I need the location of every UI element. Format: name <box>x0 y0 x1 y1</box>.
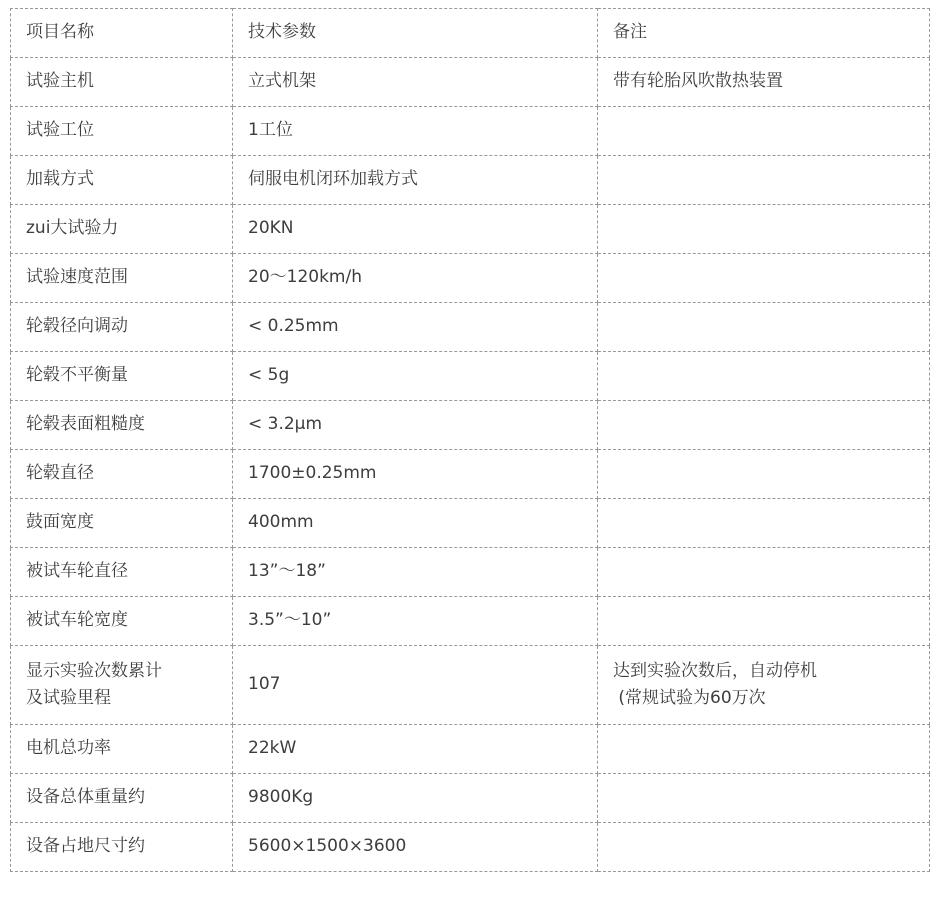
remark-cell <box>598 823 930 872</box>
item-name-cell: 试验速度范围 <box>11 254 233 303</box>
remark-cell <box>598 205 930 254</box>
tech-param-cell: 立式机架 <box>233 58 598 107</box>
item-name-cell: 设备占地尺寸约 <box>11 823 233 872</box>
remark-cell <box>598 303 930 352</box>
tech-param-cell: 20～120km/h <box>233 254 598 303</box>
item-name-cell: 鼓面宽度 <box>11 499 233 548</box>
table-row: 轮毂表面粗糙度< 3.2μm <box>11 401 930 450</box>
item-name-cell: 轮毂表面粗糙度 <box>11 401 233 450</box>
table-row: 加载方式伺服电机闭环加载方式 <box>11 156 930 205</box>
table-row: 被试车轮直径13”～18” <box>11 548 930 597</box>
tech-param-cell: 1700±0.25mm <box>233 450 598 499</box>
remark-cell <box>598 499 930 548</box>
tech-param-cell: 20KN <box>233 205 598 254</box>
tech-param-cell: 9800Kg <box>233 774 598 823</box>
table-row: 试验主机立式机架带有轮胎风吹散热装置 <box>11 58 930 107</box>
table-row: zui大试验力20KN <box>11 205 930 254</box>
table-row: 被试车轮宽度3.5”～10” <box>11 597 930 646</box>
spec-table: 项目名称 技术参数 备注 试验主机立式机架带有轮胎风吹散热装置试验工位1工位加载… <box>10 8 930 872</box>
table-row: 显示实验次数累计 及试验里程107达到实验次数后，自动停机 (常规试验为60万次 <box>11 646 930 725</box>
table-row: 设备总体重量约9800Kg <box>11 774 930 823</box>
remark-cell <box>598 450 930 499</box>
item-name-cell: 试验工位 <box>11 107 233 156</box>
remark-cell <box>598 254 930 303</box>
tech-param-cell: 13”～18” <box>233 548 598 597</box>
tech-param-cell: 5600×1500×3600 <box>233 823 598 872</box>
remark-cell <box>598 597 930 646</box>
remark-cell: 达到实验次数后，自动停机 (常规试验为60万次 <box>598 646 930 725</box>
item-name-cell: 被试车轮宽度 <box>11 597 233 646</box>
remark-cell <box>598 548 930 597</box>
header-row: 项目名称 技术参数 备注 <box>11 9 930 58</box>
item-name-cell: 轮毂直径 <box>11 450 233 499</box>
tech-param-cell: < 5g <box>233 352 598 401</box>
col-header-tech-param: 技术参数 <box>233 9 598 58</box>
tech-param-cell: 1工位 <box>233 107 598 156</box>
tech-param-cell: 3.5”～10” <box>233 597 598 646</box>
col-header-remark: 备注 <box>598 9 930 58</box>
table-row: 电机总功率22kW <box>11 725 930 774</box>
item-name-cell: 设备总体重量约 <box>11 774 233 823</box>
item-name-cell: 加载方式 <box>11 156 233 205</box>
remark-cell <box>598 401 930 450</box>
remark-cell <box>598 156 930 205</box>
item-name-cell: 被试车轮直径 <box>11 548 233 597</box>
table-row: 轮毂不平衡量< 5g <box>11 352 930 401</box>
item-name-cell: zui大试验力 <box>11 205 233 254</box>
item-name-cell: 轮毂径向调动 <box>11 303 233 352</box>
tech-param-cell: 伺服电机闭环加载方式 <box>233 156 598 205</box>
page: 项目名称 技术参数 备注 试验主机立式机架带有轮胎风吹散热装置试验工位1工位加载… <box>0 0 937 897</box>
table-row: 设备占地尺寸约5600×1500×3600 <box>11 823 930 872</box>
item-name-cell: 试验主机 <box>11 58 233 107</box>
tech-param-cell: < 3.2μm <box>233 401 598 450</box>
table-row: 轮毂径向调动< 0.25mm <box>11 303 930 352</box>
tech-param-cell: 400mm <box>233 499 598 548</box>
table-row: 试验速度范围20～120km/h <box>11 254 930 303</box>
col-header-item-name: 项目名称 <box>11 9 233 58</box>
item-name-cell: 轮毂不平衡量 <box>11 352 233 401</box>
table-row: 轮毂直径1700±0.25mm <box>11 450 930 499</box>
remark-cell <box>598 107 930 156</box>
remark-cell <box>598 352 930 401</box>
remark-cell: 带有轮胎风吹散热装置 <box>598 58 930 107</box>
remark-cell <box>598 725 930 774</box>
tech-param-cell: 107 <box>233 646 598 725</box>
item-name-cell: 电机总功率 <box>11 725 233 774</box>
tech-param-cell: < 0.25mm <box>233 303 598 352</box>
table-row: 试验工位1工位 <box>11 107 930 156</box>
tech-param-cell: 22kW <box>233 725 598 774</box>
spec-table-body: 试验主机立式机架带有轮胎风吹散热装置试验工位1工位加载方式伺服电机闭环加载方式z… <box>11 58 930 872</box>
table-row: 鼓面宽度400mm <box>11 499 930 548</box>
remark-cell <box>598 774 930 823</box>
item-name-cell: 显示实验次数累计 及试验里程 <box>11 646 233 725</box>
